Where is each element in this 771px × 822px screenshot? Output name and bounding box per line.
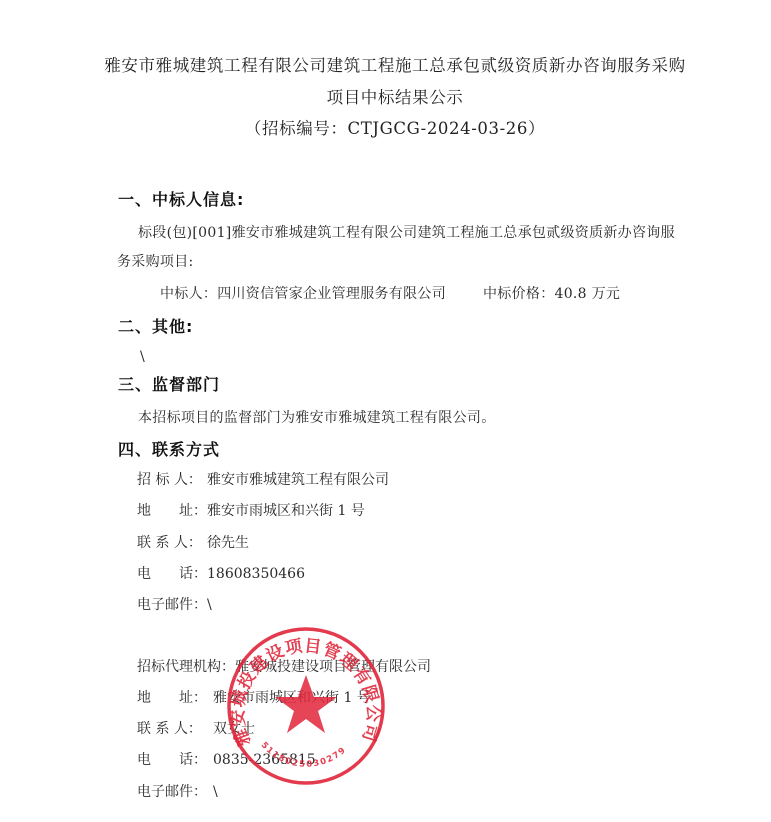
winner-value: 四川资信管家企业管理服务有限公司 bbox=[217, 286, 446, 302]
winner-label: 中标人： bbox=[160, 286, 217, 302]
tenderer-phone-row: 电 话：18608350466 bbox=[137, 567, 305, 581]
agency-phone-label: 电 话： bbox=[137, 753, 213, 767]
contact-value: 徐先生 bbox=[207, 535, 249, 551]
section3-heading: 三、监督部门 bbox=[118, 377, 220, 393]
email-value: \ bbox=[207, 597, 212, 613]
agency-email-label: 电子邮件： bbox=[137, 785, 213, 799]
winner-row: 中标人：四川资信管家企业管理服务有限公司 bbox=[160, 287, 446, 301]
section2-content: \ bbox=[140, 350, 145, 364]
price-label: 中标价格： bbox=[483, 286, 555, 302]
section1-para-line1: 标段(包)[001]雅安市雅城建筑工程有限公司建筑工程施工总承包贰级资质新办咨询… bbox=[138, 226, 675, 240]
section2-heading: 二、其他: bbox=[118, 319, 193, 335]
tenderer-label: 招 标 人： bbox=[137, 473, 207, 487]
phone-label: 电 话： bbox=[137, 567, 207, 581]
section4-heading: 四、联系方式 bbox=[118, 442, 220, 458]
address-value: 雅安市雨城区和兴街 1 号 bbox=[207, 503, 365, 519]
section1-para-line2: 务采购项目: bbox=[117, 255, 194, 269]
agency-phone-row: 电 话：0835-2365815 bbox=[137, 753, 316, 767]
agency-contact-row: 联 系 人：双女士 bbox=[137, 722, 255, 736]
agency-contact-label: 联 系 人： bbox=[137, 722, 213, 736]
price-value: 40.8 万元 bbox=[555, 286, 621, 302]
tender-number: （招标编号：CTJGCG-2024-03-26） bbox=[0, 121, 771, 138]
agency-email-row: 电子邮件：\ bbox=[137, 785, 218, 799]
email-label: 电子邮件： bbox=[137, 598, 207, 612]
agency-contact-value: 双女士 bbox=[213, 721, 255, 737]
tenderer-row: 招 标 人：雅安市雅城建筑工程有限公司 bbox=[137, 473, 389, 487]
phone-value: 18608350466 bbox=[207, 566, 305, 582]
document-title-line2: 项目中标结果公示 bbox=[0, 90, 771, 107]
tenderer-address-row: 地 址：雅安市雨城区和兴街 1 号 bbox=[137, 504, 365, 518]
address-label: 地 址： bbox=[137, 504, 207, 518]
agency-address-row: 地 址：雅安市雨城区和兴街 1 号 bbox=[137, 691, 371, 705]
section3-content: 本招标项目的监督部门为雅安市雅城建筑工程有限公司。 bbox=[138, 411, 496, 425]
agency-value: 雅安城投建设项目管理有限公司 bbox=[235, 659, 431, 675]
document-title-line1: 雅安市雅城建筑工程有限公司建筑工程施工总承包贰级资质新办咨询服务采购 bbox=[0, 58, 771, 75]
agency-row: 招标代理机构：雅安城投建设项目管理有限公司 bbox=[137, 660, 431, 674]
agency-address-value: 雅安市雨城区和兴街 1 号 bbox=[213, 690, 371, 706]
agency-label: 招标代理机构： bbox=[137, 659, 235, 675]
tenderer-value: 雅安市雅城建筑工程有限公司 bbox=[207, 472, 389, 488]
agency-address-label: 地 址： bbox=[137, 691, 213, 705]
tenderer-email-row: 电子邮件：\ bbox=[137, 598, 212, 612]
contact-label: 联 系 人： bbox=[137, 536, 207, 550]
agency-email-value: \ bbox=[213, 784, 218, 800]
tenderer-contact-row: 联 系 人：徐先生 bbox=[137, 536, 249, 550]
agency-phone-value: 0835-2365815 bbox=[213, 752, 316, 768]
price-row: 中标价格：40.8 万元 bbox=[483, 287, 620, 301]
section1-heading: 一、中标人信息: bbox=[118, 192, 244, 208]
